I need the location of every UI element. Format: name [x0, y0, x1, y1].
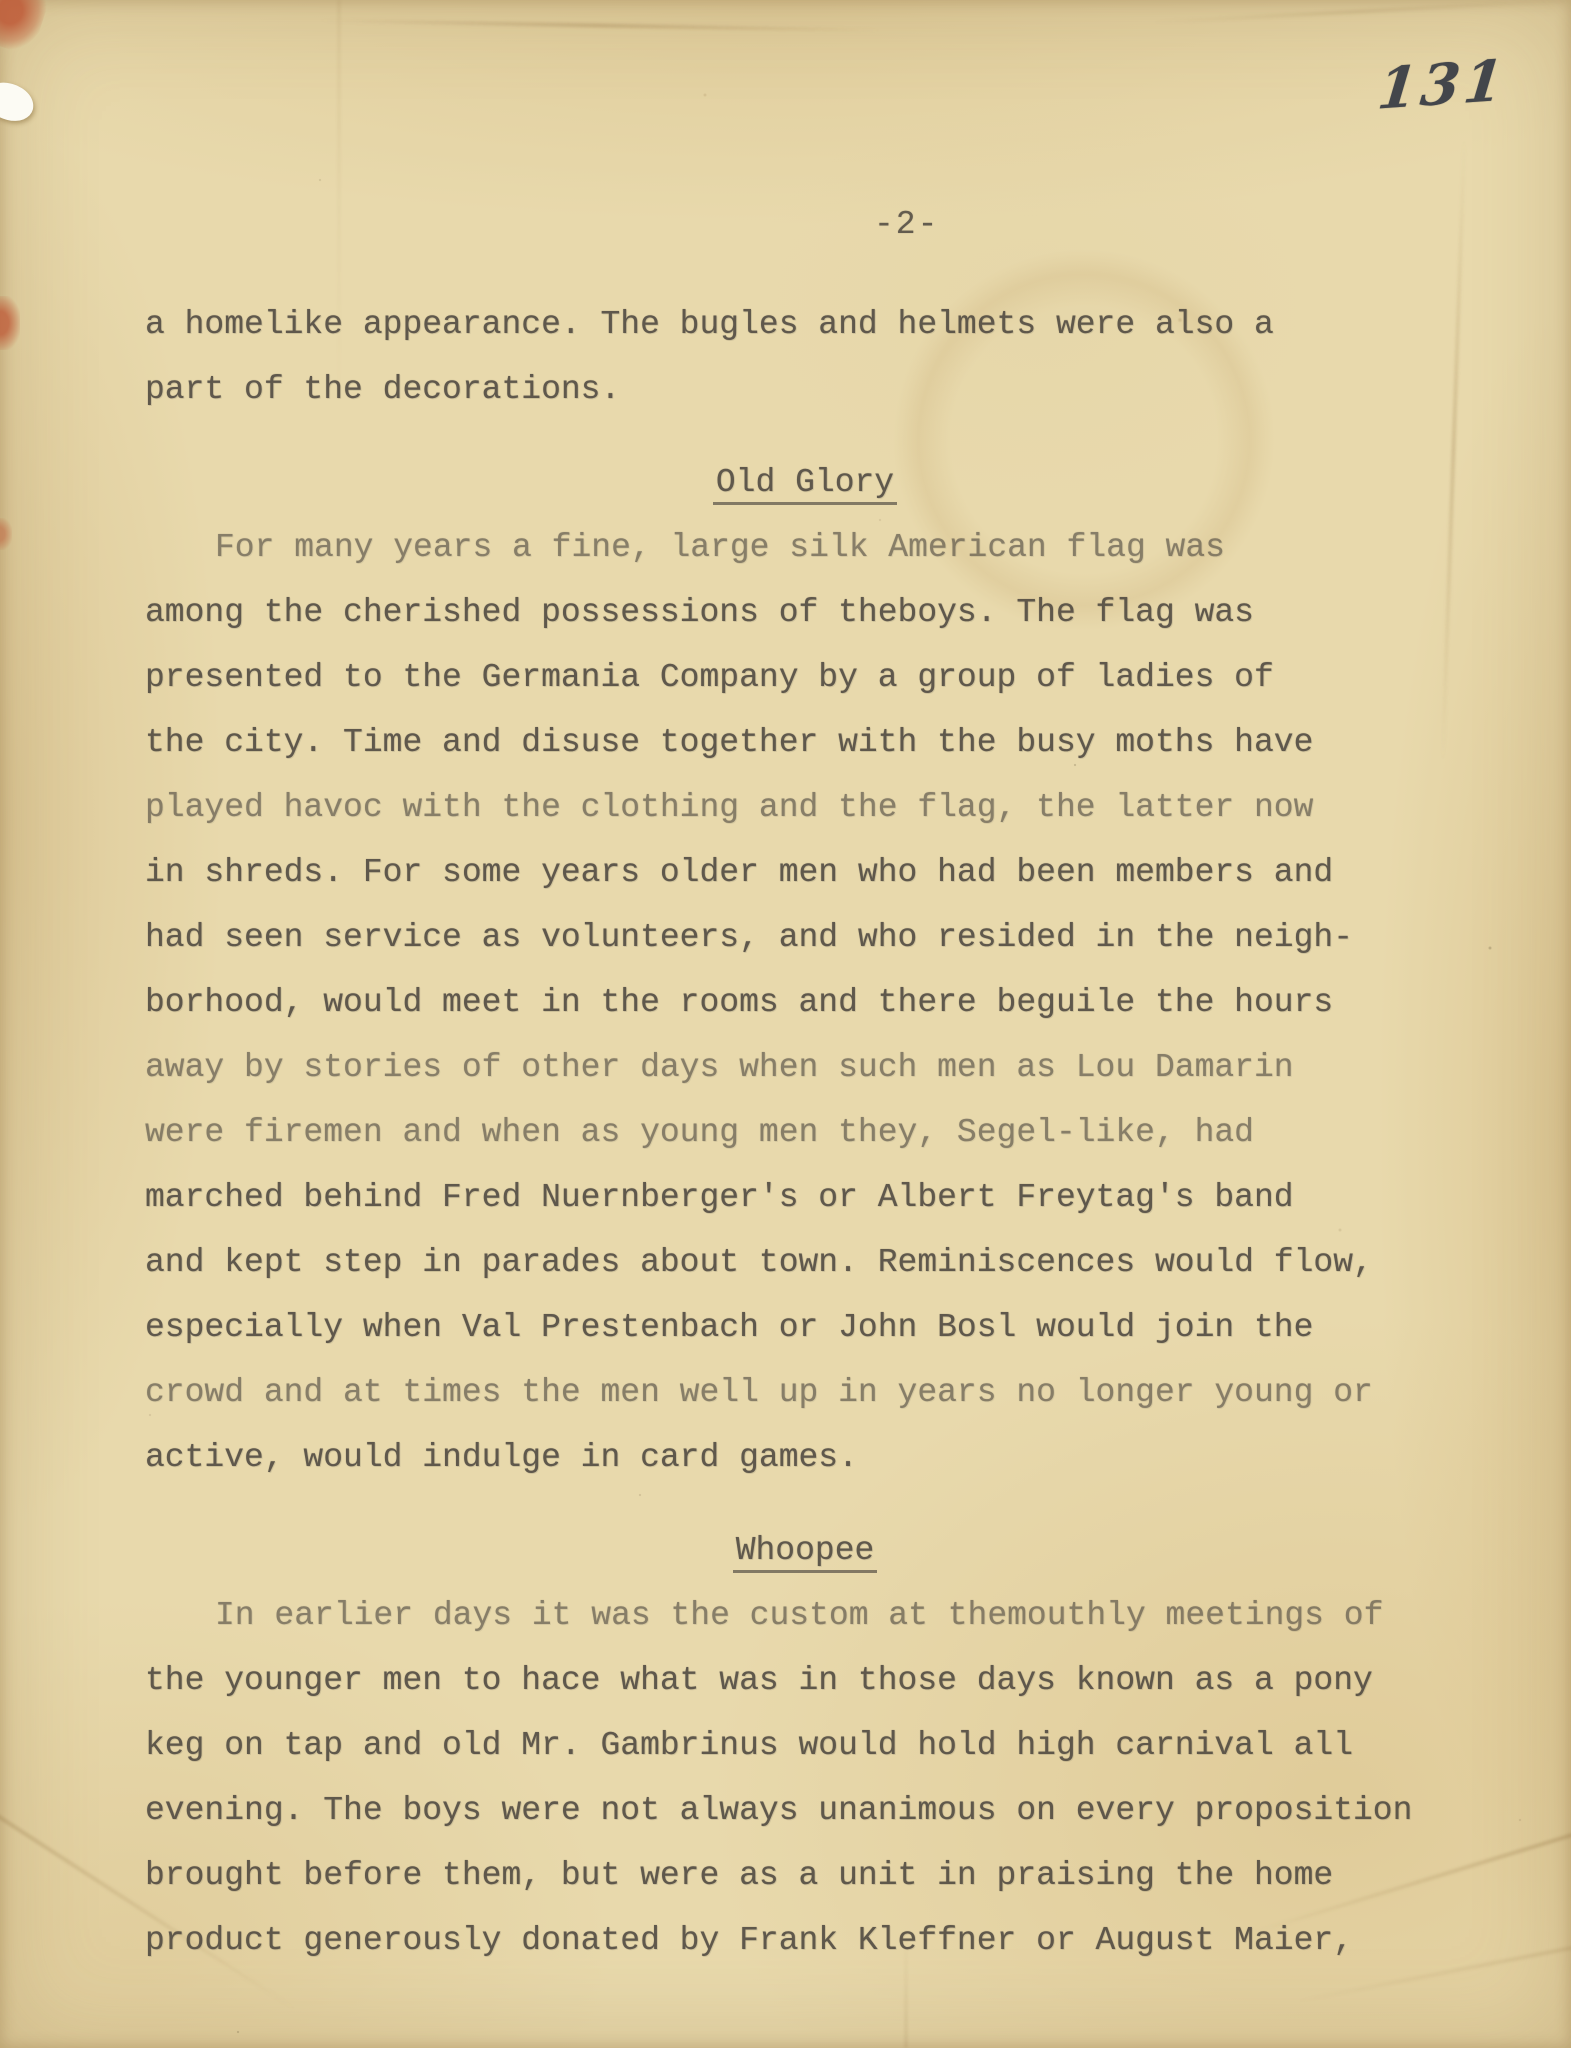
text-line: presented to the Germania Company by a g…: [145, 645, 1465, 710]
text-line: For many years a fine, large silk Americ…: [145, 515, 1465, 580]
text-line: In earlier days it was the custom at the…: [145, 1583, 1465, 1648]
text-line: active, would indulge in card games.: [145, 1425, 1465, 1490]
paper-crease: [320, 19, 880, 32]
text-line: a homelike appearance. The bugles and he…: [145, 292, 1465, 357]
handwritten-folio-number: 131: [1375, 47, 1511, 123]
text-line: especially when Val Prestenbach or John …: [145, 1295, 1465, 1360]
text-line: and kept step in parades about town. Rem…: [145, 1230, 1465, 1295]
text-line: marched behind Fred Nuernberger's or Alb…: [145, 1165, 1465, 1230]
text-line: the city. Time and disuse together with …: [145, 710, 1465, 775]
text-line: keg on tap and old Mr. Gambrinus would h…: [145, 1713, 1465, 1778]
text-line: away by stories of other days when such …: [145, 1035, 1465, 1100]
text-line: had seen service as volunteers, and who …: [145, 905, 1465, 970]
torn-edge-notch: [0, 78, 38, 125]
text-line: played havoc with the clothing and the f…: [145, 775, 1465, 840]
text-line: evening. The boys were not always unanim…: [145, 1778, 1465, 1843]
text-line: crowd and at times the men well up in ye…: [145, 1360, 1465, 1425]
scanned-typescript-page: 131 -2- a homelike appearance. The bugle…: [0, 0, 1571, 2048]
text-line: borhood, would meet in the rooms and the…: [145, 970, 1465, 1035]
red-stain-top-left: [0, 0, 50, 57]
typed-page-number: -2-: [874, 206, 939, 243]
text-line: among the cherished possessions of thebo…: [145, 580, 1465, 645]
text-line: in shreds. For some years older men who …: [145, 840, 1465, 905]
typewritten-lines: a homelike appearance. The bugles and he…: [145, 292, 1465, 1973]
paper-crease: [1150, 0, 1570, 24]
text-line: brought before them, but were as a unit …: [145, 1843, 1465, 1908]
text-line: part of the decorations.: [145, 357, 1465, 422]
red-stain-left-edge-small: [0, 518, 12, 550]
red-stain-left-edge: [0, 296, 20, 350]
text-line: product generously donated by Frank Klef…: [145, 1908, 1465, 1973]
text-line: were firemen and when as young men they,…: [145, 1100, 1465, 1165]
section-heading: Whoopee: [145, 1518, 1465, 1583]
text-line: the younger men to hace what was in thos…: [145, 1648, 1465, 1713]
section-heading: Old Glory: [145, 450, 1465, 515]
